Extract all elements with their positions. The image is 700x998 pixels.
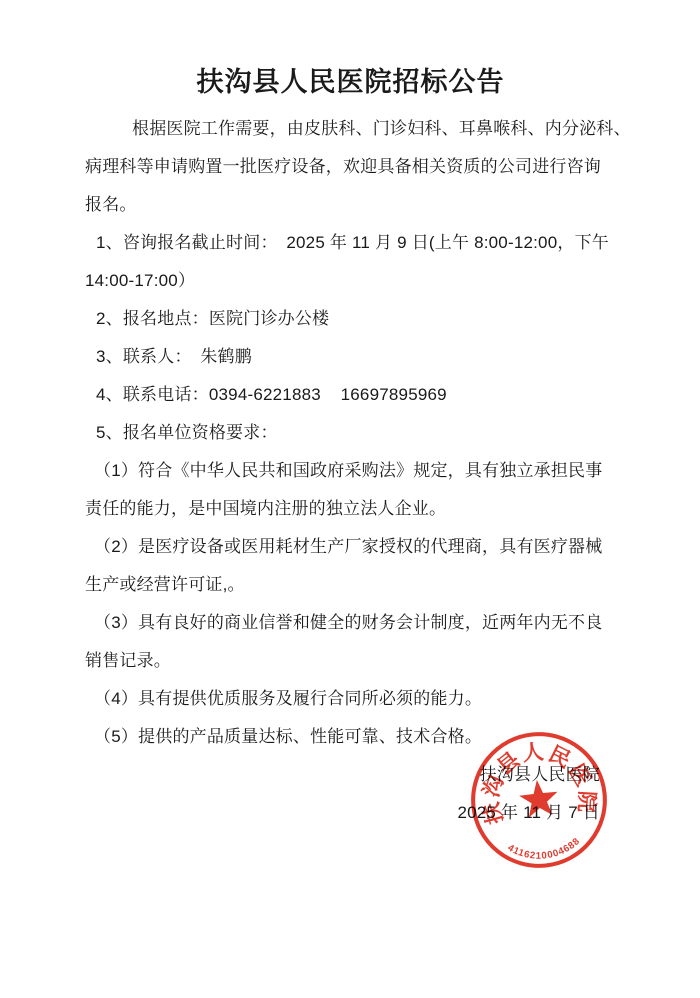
requirement-line: 生产或经营许可证,。 xyxy=(85,566,616,604)
intro-paragraph: 根据医院工作需要，由皮肤科、门诊妇科、耳鼻喉科、内分泌科、 病理科等申请购置一批… xyxy=(85,110,616,224)
item-phone-line: 4、联系电话：0394-6221883 16697895969 xyxy=(85,376,616,414)
intro-line: 根据医院工作需要，由皮肤科、门诊妇科、耳鼻喉科、内分泌科、 xyxy=(85,110,616,148)
intro-line: 病理科等申请购置一批医疗设备，欢迎具备相关资质的公司进行咨询 xyxy=(85,148,616,186)
numbered-items: 1、咨询报名截止时间： 2025 年 11 月 9 日(上午 8:00-12:0… xyxy=(85,224,616,452)
requirement-line: 责任的能力，是中国境内注册的独立法人企业。 xyxy=(85,490,616,528)
intro-line: 报名。 xyxy=(85,186,616,224)
requirement-line: 销售记录。 xyxy=(85,642,616,680)
requirement-list: （1）符合《中华人民共和国政府采购法》规定，具有独立承担民事 责任的能力，是中国… xyxy=(85,452,616,756)
requirement-line: （3）具有良好的商业信誉和健全的财务会计制度，近两年内无不良 xyxy=(85,604,616,642)
requirement-line: （4）具有提供优质服务及履行合同所必须的能力。 xyxy=(85,680,616,718)
item-deadline-line: 1、咨询报名截止时间： 2025 年 11 月 9 日(上午 8:00-12:0… xyxy=(85,224,616,262)
item-deadline-line: 14:00-17:00） xyxy=(85,262,616,300)
item-contact-line: 3、联系人： 朱鹤鹏 xyxy=(85,338,616,376)
requirement-line: （2）是医疗设备或医用耗材生产厂家授权的代理商，具有医疗器械 xyxy=(85,528,616,566)
announcement-page: 扶沟县人民医院招标公告 根据医院工作需要，由皮肤科、门诊妇科、耳鼻喉科、内分泌科… xyxy=(0,0,700,832)
star-icon xyxy=(518,778,560,819)
requirement-line: （1）符合《中华人民共和国政府采购法》规定，具有独立承担民事 xyxy=(85,452,616,490)
page-title: 扶沟县人民医院招标公告 xyxy=(85,62,616,102)
official-seal: 扶沟县人民医院 4116210004688 xyxy=(455,716,622,883)
item-qualification-heading: 5、报名单位资格要求： xyxy=(85,414,616,452)
item-location-line: 2、报名地点：医院门诊办公楼 xyxy=(85,300,616,338)
